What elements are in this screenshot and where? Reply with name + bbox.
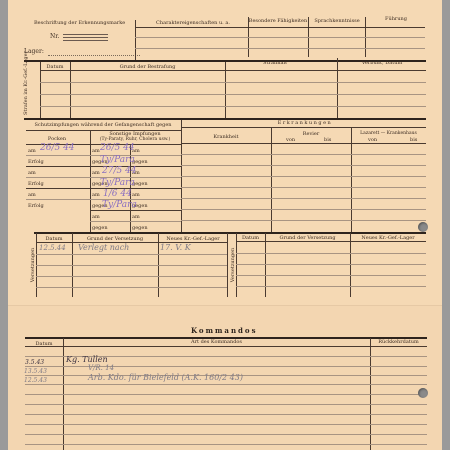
sonst2-am-4: am: [132, 214, 140, 220]
col-faehigkeiten: Besondere Fähigkeiten: [248, 18, 308, 24]
nr-line: [63, 34, 108, 35]
vers-entry-grund: Verlegt nach: [78, 243, 129, 252]
punch-hole: [418, 388, 428, 398]
rule: [40, 70, 426, 71]
rule: [26, 155, 90, 156]
rule: [25, 384, 427, 385]
rule: [25, 424, 427, 425]
rule: [40, 94, 426, 95]
rule: [25, 434, 427, 435]
divider: [350, 233, 351, 297]
rule: [135, 37, 425, 38]
rule: [36, 254, 228, 255]
divider: [90, 130, 91, 233]
id-tag-title: Beschriftung der Erkennungsmarke: [34, 20, 125, 26]
punch-hole: [418, 222, 428, 232]
rule: [36, 265, 228, 266]
rule: [90, 210, 181, 211]
rule: [236, 241, 426, 242]
lager-line: [48, 55, 140, 57]
kommando-1-art: Kg. Tullen: [66, 355, 108, 364]
rule: [181, 220, 426, 221]
kommandos-page: Kommandos Datum Art des Kommandos Rückke…: [8, 305, 442, 450]
rule: [26, 177, 90, 178]
divider: [135, 20, 136, 60]
rule: [181, 127, 426, 128]
sonst-am-1: am: [92, 148, 100, 154]
strafen-col-strafmass: Strafmaß: [225, 60, 325, 66]
kommando-1-datum: 3.5.43: [25, 359, 44, 366]
impf-col-pocken: Pocken: [26, 136, 88, 142]
sonstige-entry-2-am: 27/5 44: [102, 166, 137, 176]
sonst-am-4: am: [92, 214, 100, 220]
sonst-gegen-4: gegen: [92, 225, 108, 231]
erk-col-revier: Revier: [271, 131, 351, 137]
pocken-erfolg-3: Erfolg: [28, 203, 44, 209]
rule: [90, 221, 181, 222]
sonstige-entry-3-gegen: Ty/Para: [102, 200, 137, 210]
pocken-erfolg-1: Erfolg: [28, 159, 44, 165]
rule: [181, 165, 426, 166]
vers-entry-lager: 17. V. K: [160, 243, 191, 252]
rule: [181, 209, 426, 210]
pocken-entry-1: 26/5 44: [40, 143, 75, 153]
rule: [25, 366, 427, 367]
sonstige-entry-1-am: 26/5 44: [100, 143, 135, 153]
erk-title: Erkrankungen: [184, 120, 426, 126]
rule: [181, 187, 426, 188]
rule: [181, 176, 426, 177]
rule: [135, 27, 425, 28]
pocken-am-1: am: [28, 148, 36, 154]
sonstige-entry-1-gegen: Ty/Para: [100, 155, 135, 165]
kommando-2-datum: 13.5.43: [24, 368, 47, 375]
rule: [181, 143, 426, 144]
rule: [236, 275, 426, 276]
divider: [236, 233, 237, 297]
rule: [26, 188, 90, 189]
rule: [25, 394, 427, 395]
sonst-am-3: am: [92, 192, 100, 198]
nr-label: Nr.: [50, 34, 59, 40]
rule: [26, 166, 90, 167]
strafen-side-label: Strafen im Kr.-Gef.-Lager: [23, 55, 29, 115]
col-sprachen: Sprachkenntnisse: [309, 18, 365, 24]
kommando-3-datum: 12.5.43: [24, 377, 47, 384]
kommando-2-art: V/R. 14: [88, 364, 114, 372]
vers-entry-datum: 12.5.44: [39, 244, 66, 252]
strafen-col-verbuesst: Verbüßt, Datum: [338, 60, 426, 66]
rule: [236, 286, 426, 287]
nr-line: [63, 37, 108, 38]
rule: [36, 242, 228, 243]
erk-col-krankheit: Krankheit: [181, 134, 271, 140]
pocken-am-3: am: [28, 192, 36, 198]
rule: [36, 276, 228, 277]
sonst2-am-3: am: [132, 192, 140, 198]
rule: [236, 264, 426, 265]
sonst-am-2: am: [92, 170, 100, 176]
rule: [25, 414, 427, 415]
kommandos-col-art: Art des Kommandos: [64, 339, 369, 345]
kommando-3-art: Arb. Kdo. für Bielefeld (A.K. 160/2 43): [88, 373, 243, 382]
rule: [236, 253, 426, 254]
col-fuehrung: Führung: [366, 16, 426, 22]
rule: [36, 287, 228, 288]
sonst2-gegen-4: gegen: [132, 225, 148, 231]
divider: [227, 233, 228, 297]
sonstige-entry-2-gegen: Ty/Para: [100, 178, 135, 188]
impf-title: Schutzimpfungen während der Gefangenscha…: [28, 122, 178, 128]
divider: [337, 58, 338, 118]
rule: [40, 106, 426, 107]
kommandos-col-rueckkehr: Rückkehrdatum: [370, 339, 427, 345]
rule-bold: [34, 232, 426, 234]
col-charakter: Charaktereigenschaften u. a.: [138, 20, 248, 26]
rule: [135, 48, 425, 49]
divider: [265, 233, 266, 297]
pocken-am-2: am: [28, 170, 36, 176]
kommandos-title: Kommandos: [191, 326, 258, 335]
rule: [25, 346, 427, 347]
rule: [25, 444, 427, 445]
sonstige-entry-3-am: 1/6 44: [103, 189, 132, 199]
rule: [40, 82, 426, 83]
pocken-erfolg-2: Erfolg: [28, 181, 44, 187]
rule: [26, 199, 90, 200]
nr-line: [63, 40, 108, 41]
rule: [181, 198, 426, 199]
rule: [25, 404, 427, 405]
rule: [181, 154, 426, 155]
